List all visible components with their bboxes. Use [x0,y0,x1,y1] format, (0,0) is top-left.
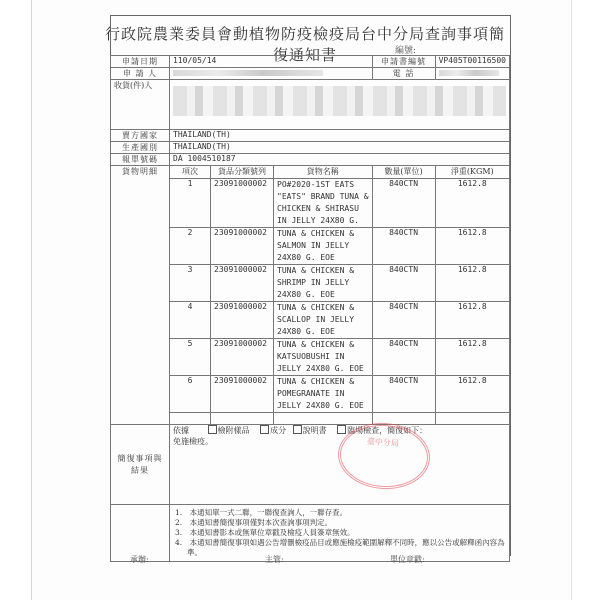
goods-filler-row [111,413,510,425]
item-no: 2 [170,228,211,265]
checkbox-ingredients[interactable] [260,425,269,434]
goods-row: 2 23091000002 TUNA & CHICKEN & SALMON IN… [111,228,510,265]
col-item-no: 項次 [170,166,211,179]
item-hs-code: 23091000002 [211,302,274,339]
seller-country-value: THAILAND(TH) [170,130,510,142]
basis-line: 依據 檢附樣品 成分 說明書 臨場檢查，簡復如下： [173,425,506,436]
phone-label: 電 話 [372,68,435,80]
redacted-consignee [173,86,506,116]
notice-form-table: 申請日期 110/05/14 申請書編號 VP405T00116500 申 請 … [110,55,510,562]
reply-row: 簡復事項與結果 依據 檢附樣品 成分 說明書 臨場檢查，簡復如下： 免施檢疫。 [111,425,510,505]
item-weight: 1612.8 [435,302,509,339]
item-hs-code: 23091000002 [211,228,274,265]
item-weight: 1612.8 [435,376,509,413]
origin-value: THAILAND(TH) [170,142,510,154]
item-weight: 1612.8 [435,179,509,228]
item-description: TUNA & CHICKEN & POMEGRANATE IN JELLY 24… [274,376,373,413]
col-net-weight: 淨重(KGM) [435,166,509,179]
item-hs-code: 23091000002 [211,179,274,228]
item-hs-code: 23091000002 [211,339,274,376]
consignee-label: 收貨(件)人 [111,80,170,130]
item-hs-code: 23091000002 [211,376,274,413]
item-no: 4 [170,302,211,339]
item-quantity: 840CTN [372,179,435,228]
col-quantity: 數量(單位) [372,166,435,179]
goods-row: 4 23091000002 TUNA & CHICKEN & SCALLOP I… [111,302,510,339]
apply-form-no-label: 申請書編號 [372,56,435,68]
note-item: 1. 本通知單一式二聯，一聯復查詢人，一聯存查。 [173,508,506,518]
col-description: 貨物名稱 [274,166,373,179]
notes-list: 1. 本通知單一式二聯，一聯復查詢人，一聯存查。 2. 本通知書簡復事項僅對本次… [173,508,506,558]
note-item: 2. 本通知書簡復事項僅對本次查詢事項判定。 [173,518,506,528]
item-description: TUNA & CHICKEN & SCALLOP IN JELLY 24X80 … [274,302,373,339]
consignee-value [170,80,510,130]
item-no: 1 [170,179,211,228]
redacted-applicant [173,70,323,76]
goods-row: 3 23091000002 TUNA & CHICKEN & SHRIMP IN… [111,265,510,302]
row-applicant: 申 請 人 電 話 [111,68,510,80]
row-declaration: 報單號碼 DA 1004510187 [111,154,510,166]
note-item: 4. 本通知書簡復事項如遇公告增刪檢疫品目或應施檢疫範圍解釋不同時，應以公告或解… [173,538,506,558]
reply-section-label: 簡復事項與結果 [111,425,170,505]
item-weight: 1612.8 [435,228,509,265]
applicant-label: 申 請 人 [111,68,170,80]
redacted-phone [439,70,499,76]
item-quantity: 840CTN [372,339,435,376]
item-description: TUNA & CHICKEN & SALMON IN JELLY 24X80 G… [274,228,373,265]
checkbox-ingredients-label: 成分 [270,426,286,435]
notes-cell: 1. 本通知單一式二聯，一聯復查詢人，一聯存查。 2. 本通知書簡復事項僅對本次… [170,505,510,562]
item-description: PO#2020-1ST EATS "EATS" BRAND TUNA & CHI… [274,179,373,228]
item-no: 3 [170,265,211,302]
basis-label: 依據 [173,426,189,435]
item-quantity: 840CTN [372,265,435,302]
declaration-no-value: DA 1004510187 [170,154,510,166]
checkbox-sample[interactable] [208,425,217,434]
origin-label: 生產國別 [111,142,170,154]
handler-signature-label: 承辦: [130,554,149,565]
goods-row: 1 23091000002 PO#2020-1ST EATS "EATS" BR… [111,179,510,228]
apply-date-label: 申請日期 [111,56,170,68]
notes-row: 1. 本通知單一式二聯，一聯復查詢人，一聯存查。 2. 本通知書簡復事項僅對本次… [111,505,510,562]
apply-form-no-value: VP405T00116500 [435,56,509,68]
item-weight: 1612.8 [435,339,509,376]
goods-row: 5 23091000002 TUNA & CHICKEN & KATSUOBUS… [111,339,510,376]
item-quantity: 840CTN [372,376,435,413]
checkbox-manual[interactable] [293,425,302,434]
declaration-no-label: 報單號碼 [111,154,170,166]
item-no: 5 [170,339,211,376]
goods-row: 6 23091000002 TUNA & CHICKEN & POMEGRANA… [111,376,510,413]
goods-section-label: 貨物明細 [111,166,170,425]
phone-value [435,68,509,80]
item-description: TUNA & CHICKEN & KATSUOBUSHI IN JELLY 24… [274,339,373,376]
row-apply-date: 申請日期 110/05/14 申請書編號 VP405T00116500 [111,56,510,68]
item-quantity: 840CTN [372,228,435,265]
checkbox-sample-label: 檢附樣品 [218,426,250,435]
unit-stamp-label: 單位章戳: [390,554,425,565]
row-origin: 生產國別 THAILAND(TH) [111,142,510,154]
item-quantity: 840CTN [372,302,435,339]
goods-header-row: 貨物明細 項次 貨品分類號列 貨物名稱 數量(單位) 淨重(KGM) [111,166,510,179]
item-no: 6 [170,376,211,413]
note-item: 3. 本通知書影本或無單位章戳及檢疫人員簽章無效。 [173,528,506,538]
seal-text: 臺中分局 [358,436,406,469]
item-hs-code: 23091000002 [211,265,274,302]
checkbox-onsite[interactable] [337,425,346,434]
supervisor-signature-label: 主管: [265,554,284,565]
applicant-value [170,68,373,80]
checkbox-manual-label: 說明書 [303,426,327,435]
col-hs-code: 貨品分類號列 [211,166,274,179]
notes-label-cell [111,505,170,562]
row-seller-country: 賣方國家 THAILAND(TH) [111,130,510,142]
seller-country-label: 賣方國家 [111,130,170,142]
row-consignee: 收貨(件)人 [111,80,510,130]
apply-date-value: 110/05/14 [170,56,373,68]
item-description: TUNA & CHICKEN & SHRIMP IN JELLY 24X80 G… [274,265,373,302]
item-weight: 1612.8 [435,265,509,302]
